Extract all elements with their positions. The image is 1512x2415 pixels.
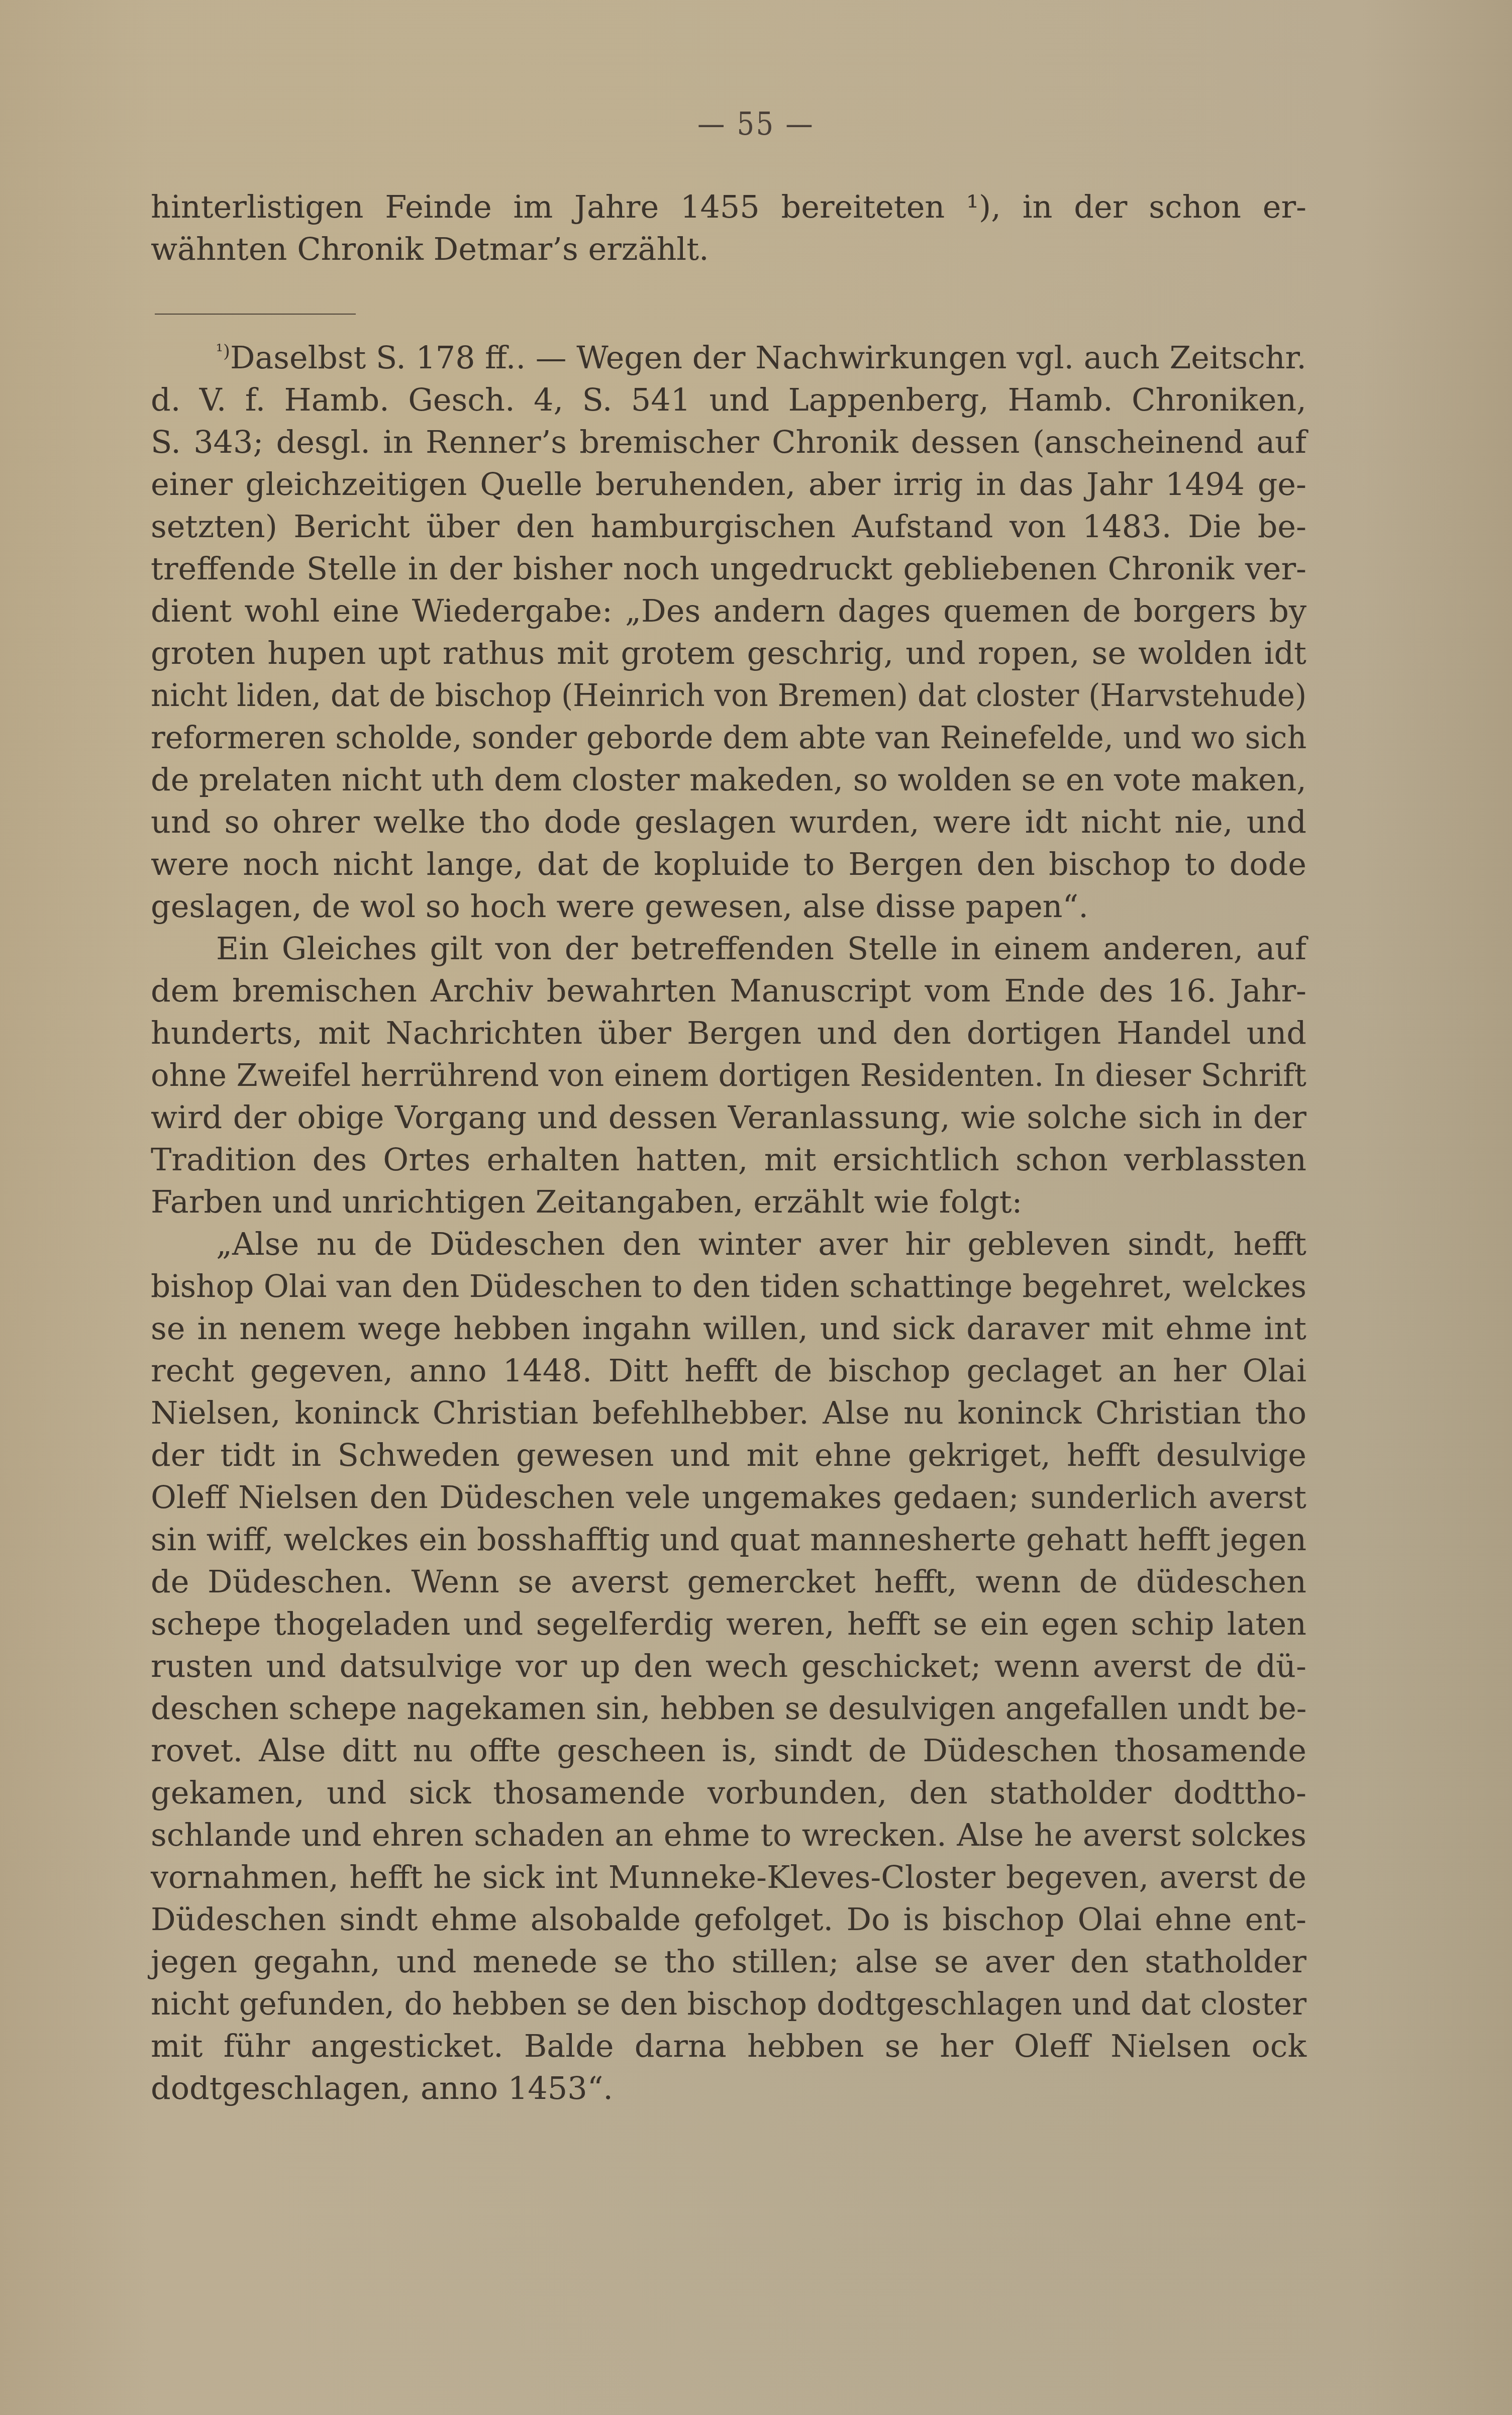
footnote-line: rovet. Alse ditt nu offte gescheen is, s… [151,1730,1306,1772]
footnote-line: geslagen, de wol so hoch were gewesen, a… [151,885,1306,928]
footnote-marker: ¹) [216,341,230,362]
footnote-text: Daselbst S. 178 ff.. — Wegen der Nachwir… [230,339,1306,376]
footnote-line: nicht gefunden, do hebben se den bischop… [151,1983,1306,2025]
footnote-line: „Alse nu de Düdeschen den winter aver hi… [151,1223,1306,1265]
footnote: ¹)Daselbst S. 178 ff.. — Wegen der Nachw… [151,337,1306,2109]
footnote-line: wird der obige Vorgang und dessen Veranl… [151,1096,1306,1139]
footnote-line: nicht liden, dat de bischop (Heinrich vo… [151,674,1306,717]
footnote-line: dem bremischen Archiv bewahrten Manuscri… [151,970,1306,1012]
footnote-line: S. 343; desgl. in Renner’s bremischer Ch… [151,421,1306,463]
footnote-line: Oleff Nielsen den Düdeschen vele ungemak… [151,1476,1306,1519]
footnote-line: rusten und datsulvige vor up den wech ge… [151,1645,1306,1687]
footnote-line: der tidt in Schweden gewesen und mit ehn… [151,1434,1306,1476]
footnote-line: Farben und unrichtigen Zeitangaben, erzä… [151,1181,1306,1223]
footnote-line: schepe thogeladen und segelferdig weren,… [151,1603,1306,1645]
footnote-divider [155,314,356,315]
footnote-line: jegen gegahn, und menede se tho stillen;… [151,1941,1306,1983]
footnote-line: einer gleichzeitigen Quelle beruhenden, … [151,463,1306,506]
footnote-line: de Düdeschen. Wenn se averst gemercket h… [151,1561,1306,1603]
text-line: wähnten Chronik Detmar’s erzählt. [151,228,1306,270]
footnote-line: gekamen, und sick thosamende vorbunden, … [151,1772,1306,1814]
footnote-line: were noch nicht lange, dat de kopluide t… [151,843,1306,885]
footnote-line: treffende Stelle in der bisher noch unge… [151,548,1306,590]
footnote-line: Düdeschen sindt ehme alsobalde gefolget.… [151,1898,1306,1941]
text-line: hinterlistigen Feinde im Jahre 1455 bere… [151,186,1306,228]
footnote-line: ¹)Daselbst S. 178 ff.. — Wegen der Nachw… [151,337,1306,379]
footnote-line: de prelaten nicht uth dem closter makede… [151,759,1306,801]
footnote-line: recht gegeven, anno 1448. Ditt hefft de … [151,1350,1306,1392]
footnote-line: schlande und ehren schaden an ehme to wr… [151,1814,1306,1856]
footnote-line: d. V. f. Hamb. Gesch. 4, S. 541 und Lapp… [151,379,1306,421]
footnote-line: hunderts, mit Nachrichten über Bergen un… [151,1012,1306,1054]
footnote-line: bishop Olai van den Düdeschen to den tid… [151,1265,1306,1307]
footnote-line: mit führ angesticket. Balde darna hebben… [151,2025,1306,2067]
footnote-line: vornahmen, hefft he sick int Munneke-Kle… [151,1856,1306,1898]
footnote-line: Ein Gleiches gilt von der betreffenden S… [151,928,1306,970]
footnote-line: groten hupen upt rathus mit grotem gesch… [151,632,1306,674]
main-text: hinterlistigen Feinde im Jahre 1455 bere… [151,186,1306,270]
footnote-line: dient wohl eine Wiedergabe: „Des andern … [151,590,1306,632]
page-number: — 55 — [114,106,1399,143]
footnote-line: Tradition des Ortes erhalten hatten, mit… [151,1139,1306,1181]
footnote-line: deschen schepe nagekamen sin, hebben se … [151,1687,1306,1730]
footnote-line: dodtgeschlagen, anno 1453“. [151,2067,1306,2109]
footnote-line: ohne Zweifel herrührend von einem dortig… [151,1054,1306,1096]
footnote-line: Nielsen, koninck Christian befehlhebber.… [151,1392,1306,1434]
footnote-line: und so ohrer welke tho dode geslagen wur… [151,801,1306,843]
footnote-line: setzten) Bericht über den hamburgischen … [151,506,1306,548]
footnote-line: reformeren scholde, sonder geborde dem a… [151,717,1306,759]
footnote-line: sin wiff, welckes ein bosshafftig und qu… [151,1519,1306,1561]
footnote-line: se in nenem wege hebben ingahn willen, u… [151,1307,1306,1350]
